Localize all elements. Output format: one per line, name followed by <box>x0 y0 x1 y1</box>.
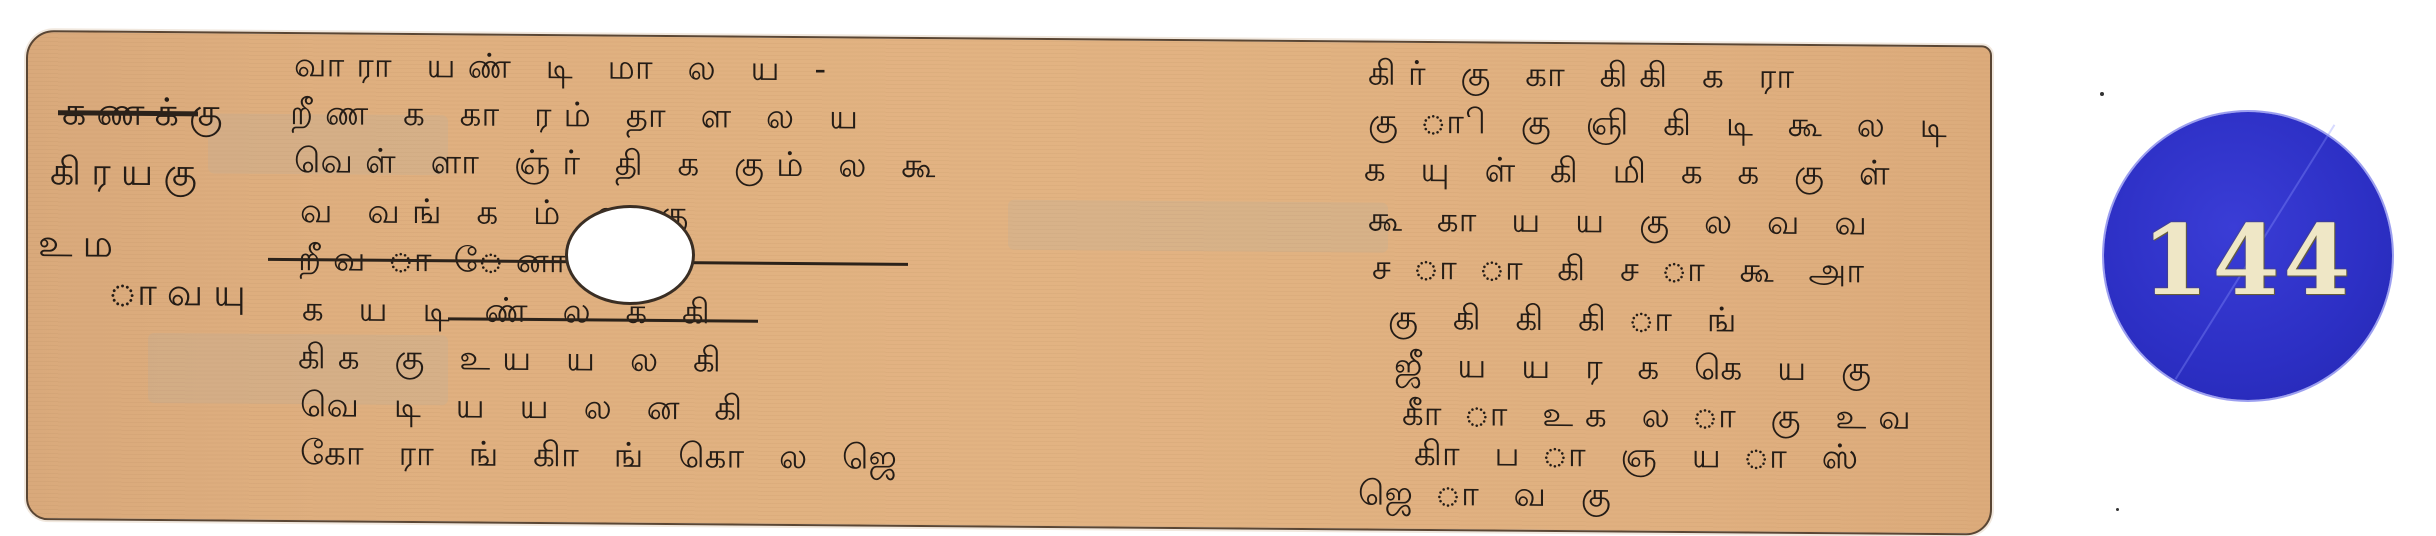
right-line-7: ஜீ ய ய ர க கெ ய கு <box>1394 349 1883 387</box>
right-line-6: கு கி கி கி ா ங் <box>1388 301 1749 338</box>
main-line-1: வாரா யண் டி மா ல ய - <box>294 48 838 86</box>
margin-strikethrough <box>58 110 198 116</box>
margin-line-2: உம <box>38 224 123 263</box>
right-line-1: கிர் கு கா கிகி க ரா <box>1368 57 1806 94</box>
right-line-4: கூ கா ய ய கு ல வ வ <box>1368 203 1879 241</box>
margin-line-3: ாவயு <box>108 273 256 312</box>
right-line-3: க யு ள் கி மி க க கு ள் <box>1364 153 1902 191</box>
right-line-2: கு ாி கு ஞி கி டி கூ ல டி <box>1368 105 1959 144</box>
speck <box>2116 508 2119 511</box>
palm-leaf: கணக்கு கிரயகு உம ாவயு வாரா யண் டி மா ல ய… <box>26 30 1992 535</box>
right-line-5: ச ா ா கி ச ா கூ அா <box>1372 251 1876 289</box>
accession-number-tag: 144 <box>2104 112 2392 400</box>
right-line-8: கீா ா உக ல ா கு உவ <box>1402 397 1923 435</box>
binding-hole <box>565 205 695 305</box>
leaf-stain <box>1008 200 1388 253</box>
right-line-10: ஜெ ா வ கு <box>1358 476 1623 512</box>
tag-number: 144 <box>2104 204 2392 317</box>
main-line-2: றீண க கா ரம் தா ள ல ய <box>290 96 870 135</box>
right-line-9: கிா ப ா ஞ ய ா ஸ் <box>1414 437 1870 475</box>
margin-line-1: கிரயகு <box>50 152 207 191</box>
main-line-7: கிக கு உய ய ல கி <box>298 340 733 377</box>
speck <box>2100 92 2104 96</box>
main-line-8: வெ டி ய ய ல ன கி <box>300 388 754 426</box>
main-line-9: கோ ரா ங் கிா ங் கொ ல ஜெ <box>300 436 909 475</box>
main-line-3: வெள் ளா ஞ்ர் தி க கும் ல கூ <box>294 144 947 183</box>
